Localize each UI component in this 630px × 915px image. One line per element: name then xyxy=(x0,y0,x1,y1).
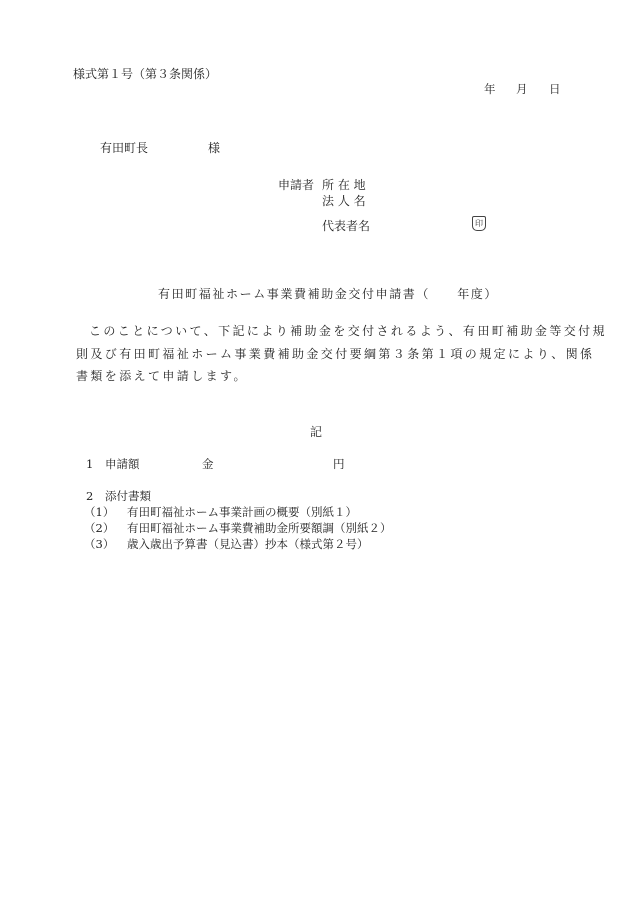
document-title: 有田町福祉ホーム事業費補助金交付申請書（ 年度） xyxy=(158,288,498,300)
attachment-number: （2） xyxy=(84,523,114,535)
item1-prefix: 金 xyxy=(202,459,214,471)
attachment-text: 有田町福祉ホーム事業費補助金所要額調（別紙２） xyxy=(127,523,392,535)
item1-label: 申請額 xyxy=(105,459,140,471)
form-number: 様式第１号（第３条関係） xyxy=(73,68,217,80)
addressee-honorific: 様 xyxy=(208,142,220,154)
attachment-text: 歳入歳出予算書（見込書）抄本（様式第２号） xyxy=(127,539,369,551)
addressee-name: 有田町長 xyxy=(100,142,148,154)
seal-icon: 印 xyxy=(472,216,486,231)
body-line-3: 書類を添えて申請します。 xyxy=(76,370,248,382)
applicant-label: 申請者 xyxy=(278,179,314,191)
item2-label: 添付書類 xyxy=(105,491,151,503)
attachment-text: 有田町福祉ホーム事業計画の概要（別紙１） xyxy=(127,507,357,519)
representative-label: 代表者名 xyxy=(322,220,370,232)
date-month: 月 xyxy=(516,84,528,96)
ki-heading: 記 xyxy=(310,426,322,438)
item2-number: 2 xyxy=(86,491,93,503)
item1-unit: 円 xyxy=(333,459,345,471)
address-label: 所 在 地 xyxy=(322,179,366,191)
date-day: 日 xyxy=(549,84,561,96)
item1-number: 1 xyxy=(86,459,93,471)
attachment-number: （3） xyxy=(84,539,114,551)
corp-name-label: 法 人 名 xyxy=(322,195,366,207)
body-line-1: このことについて、下記により補助金を交付されるよう、有田町補助金等交付規 xyxy=(89,325,607,337)
date-year: 年 xyxy=(484,84,496,96)
body-line-2: 則及び有田町福祉ホーム事業費補助金交付要綱第３条第１項の規定により、関係 xyxy=(76,348,594,360)
attachment-number: （1） xyxy=(84,507,114,519)
